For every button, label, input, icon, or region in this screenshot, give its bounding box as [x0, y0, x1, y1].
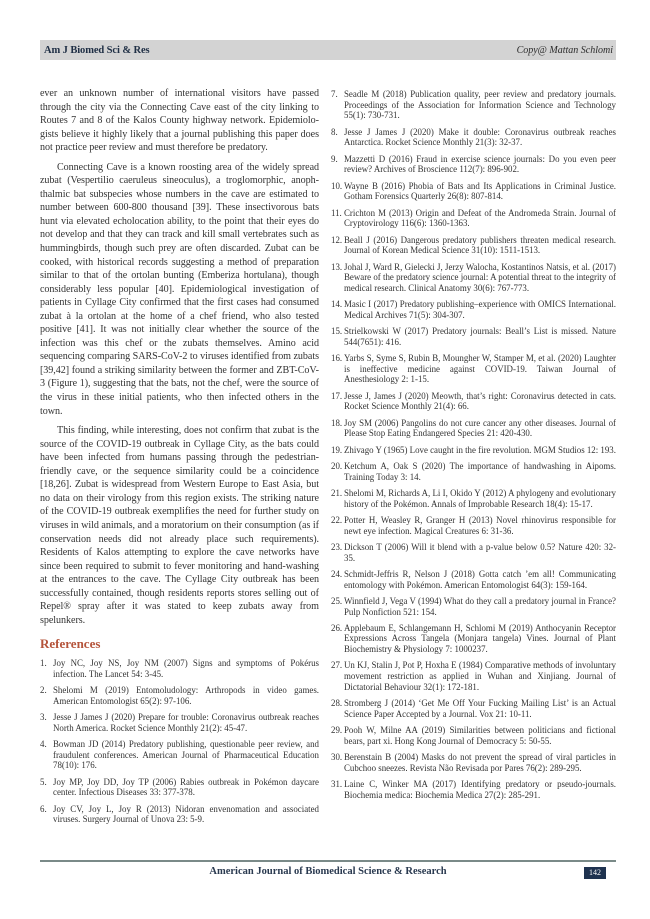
reference-number: 9.	[331, 154, 344, 175]
reference-number: 26.	[331, 623, 344, 655]
reference-item: 31.Laine C, Winker MA (2017) Identifying…	[331, 779, 616, 800]
reference-text: Crichton M (2013) Origin and Defeat of t…	[344, 208, 616, 229]
reference-item: 24.Schmidt-Jeffris R, Nelson J (2018) Go…	[331, 569, 616, 590]
reference-number: 28.	[331, 698, 344, 719]
reference-item: 10.Wayne B (2016) Phobia of Bats and Its…	[331, 181, 616, 202]
copyright-notice: Copy@ Mattan Schlomi	[517, 45, 613, 56]
body-paragraph: Connecting Cave is a known roosting area…	[40, 161, 319, 418]
reference-number: 2.	[40, 685, 53, 706]
reference-item: 13.Johal J, Ward R, Gielecki J, Jerzy Wa…	[331, 262, 616, 294]
reference-text: Jesse J James J (2020) Make it double: C…	[344, 127, 616, 148]
reference-text: Joy NC, Joy NS, Joy NM (2007) Signs and …	[53, 658, 319, 679]
reference-text: Zhivago Y (1965) Love caught in the fire…	[344, 445, 616, 456]
reference-text: Laine C, Winker MA (2017) Identifying pr…	[344, 779, 616, 800]
reference-item: 19.Zhivago Y (1965) Love caught in the f…	[331, 445, 616, 456]
reference-text: Applebaum E, Schlangemann H, Schlomi M (…	[344, 623, 616, 655]
reference-text: Ketchum A, Oak S (2020) The importance o…	[344, 461, 616, 482]
reference-number: 8.	[331, 127, 344, 148]
reference-number: 15.	[331, 326, 344, 347]
reference-text: Joy CV, Joy L, Joy R (2013) Nidoran enve…	[53, 804, 319, 825]
reference-number: 10.	[331, 181, 344, 202]
reference-number: 21.	[331, 488, 344, 509]
reference-number: 16.	[331, 353, 344, 385]
reference-item: 14.Masic I (2017) Predatory publishing–e…	[331, 299, 616, 320]
reference-text: Yarbs S, Syme S, Rubin B, Moungher W, St…	[344, 353, 616, 385]
reference-item: 15.Strielkowski W (2017) Predatory journ…	[331, 326, 616, 347]
reference-number: 7.	[331, 89, 344, 121]
right-column: 7.Seadle M (2018) Publication quality, p…	[331, 89, 616, 806]
reference-item: 12.Beall J (2016) Dangerous predatory pu…	[331, 235, 616, 256]
reference-text: Joy SM (2006) Pangolins do not cure canc…	[344, 418, 616, 439]
reference-number: 3.	[40, 712, 53, 733]
reference-text: Pooh W, Milne AA (2019) Similarities bet…	[344, 725, 616, 746]
reference-number: 17.	[331, 391, 344, 412]
reference-number: 18.	[331, 418, 344, 439]
reference-text: Winnfield J, Vega V (1994) What do they …	[344, 596, 616, 617]
reference-item: 11.Crichton M (2013) Origin and Defeat o…	[331, 208, 616, 229]
body-paragraph: This finding, while interesting, does no…	[40, 424, 319, 627]
reference-item: 1.Joy NC, Joy NS, Joy NM (2007) Signs an…	[40, 658, 319, 679]
reference-item: 2.Shelomi M (2019) Entomoludology: Arthr…	[40, 685, 319, 706]
reference-item: 28.Stromberg J (2014) ‘Get Me Off Your F…	[331, 698, 616, 719]
reference-text: Un KJ, Stalin J, Pot P, Hoxha E (1984) C…	[344, 660, 616, 692]
reference-item: 17.Jesse J, James J (2020) Meowth, that’…	[331, 391, 616, 412]
reference-text: Jesse J James J (2020) Prepare for troub…	[53, 712, 319, 733]
left-column: ever an unknown number of international …	[40, 87, 319, 831]
reference-number: 31.	[331, 779, 344, 800]
reference-item: 9.Mazzetti D (2016) Fraud in exercise sc…	[331, 154, 616, 175]
reference-item: 21.Shelomi M, Richards A, Li I, Okido Y …	[331, 488, 616, 509]
reference-item: 3.Jesse J James J (2020) Prepare for tro…	[40, 712, 319, 733]
reference-number: 1.	[40, 658, 53, 679]
reference-number: 13.	[331, 262, 344, 294]
reference-text: Strielkowski W (2017) Predatory journals…	[344, 326, 616, 347]
reference-item: 20.Ketchum A, Oak S (2020) The importanc…	[331, 461, 616, 482]
reference-number: 11.	[331, 208, 344, 229]
reference-item: 27.Un KJ, Stalin J, Pot P, Hoxha E (1984…	[331, 660, 616, 692]
reference-number: 20.	[331, 461, 344, 482]
reference-text: Seadle M (2018) Publication quality, pee…	[344, 89, 616, 121]
reference-text: Mazzetti D (2016) Fraud in exercise scie…	[344, 154, 616, 175]
reference-text: Beall J (2016) Dangerous predatory publi…	[344, 235, 616, 256]
running-header: Am J Biomed Sci & Res Copy@ Mattan Schlo…	[40, 40, 616, 60]
reference-item: 23.Dickson T (2006) Will it blend with a…	[331, 542, 616, 563]
reference-number: 27.	[331, 660, 344, 692]
reference-text: Shelomi M, Richards A, Li I, Okido Y (20…	[344, 488, 616, 509]
reference-list-right: 7.Seadle M (2018) Publication quality, p…	[331, 89, 616, 800]
body-paragraph: ever an unknown number of international …	[40, 87, 319, 155]
reference-number: 5.	[40, 777, 53, 798]
reference-item: 25.Winnfield J, Vega V (1994) What do th…	[331, 596, 616, 617]
reference-item: 30.Berenstain B (2004) Masks do not prev…	[331, 752, 616, 773]
reference-text: Jesse J, James J (2020) Meowth, that’s r…	[344, 391, 616, 412]
reference-item: 26.Applebaum E, Schlangemann H, Schlomi …	[331, 623, 616, 655]
reference-text: Wayne B (2016) Phobia of Bats and Its Ap…	[344, 181, 616, 202]
reference-number: 12.	[331, 235, 344, 256]
reference-text: Dickson T (2006) Will it blend with a p-…	[344, 542, 616, 563]
reference-text: Joy MP, Joy DD, Joy TP (2006) Rabies out…	[53, 777, 319, 798]
reference-number: 22.	[331, 515, 344, 536]
journal-short-title: Am J Biomed Sci & Res	[44, 45, 150, 56]
reference-number: 14.	[331, 299, 344, 320]
reference-list-left: 1.Joy NC, Joy NS, Joy NM (2007) Signs an…	[40, 658, 319, 825]
reference-text: Johal J, Ward R, Gielecki J, Jerzy Waloc…	[344, 262, 616, 294]
reference-item: 18.Joy SM (2006) Pangolins do not cure c…	[331, 418, 616, 439]
reference-item: 7.Seadle M (2018) Publication quality, p…	[331, 89, 616, 121]
reference-text: Berenstain B (2004) Masks do not prevent…	[344, 752, 616, 773]
reference-text: Bowman JD (2014) Predatory publishing, q…	[53, 739, 319, 771]
reference-number: 25.	[331, 596, 344, 617]
reference-item: 4.Bowman JD (2014) Predatory publishing,…	[40, 739, 319, 771]
reference-text: Schmidt-Jeffris R, Nelson J (2018) Gotta…	[344, 569, 616, 590]
reference-number: 4.	[40, 739, 53, 771]
reference-item: 5.Joy MP, Joy DD, Joy TP (2006) Rabies o…	[40, 777, 319, 798]
reference-number: 24.	[331, 569, 344, 590]
reference-number: 6.	[40, 804, 53, 825]
reference-text: Potter H, Weasley R, Granger H (2013) No…	[344, 515, 616, 536]
reference-item: 29.Pooh W, Milne AA (2019) Similarities …	[331, 725, 616, 746]
reference-number: 23.	[331, 542, 344, 563]
reference-item: 22.Potter H, Weasley R, Granger H (2013)…	[331, 515, 616, 536]
reference-number: 30.	[331, 752, 344, 773]
references-heading: References	[40, 636, 319, 652]
footer-divider	[40, 860, 616, 862]
reference-item: 8.Jesse J James J (2020) Make it double:…	[331, 127, 616, 148]
footer-journal-title: American Journal of Biomedical Science &…	[40, 866, 616, 877]
reference-number: 29.	[331, 725, 344, 746]
reference-item: 16.Yarbs S, Syme S, Rubin B, Moungher W,…	[331, 353, 616, 385]
reference-text: Stromberg J (2014) ‘Get Me Off Your Fuck…	[344, 698, 616, 719]
reference-number: 19.	[331, 445, 344, 456]
reference-text: Masic I (2017) Predatory publishing–expe…	[344, 299, 616, 320]
reference-item: 6.Joy CV, Joy L, Joy R (2013) Nidoran en…	[40, 804, 319, 825]
page-number: 142	[584, 867, 606, 879]
reference-text: Shelomi M (2019) Entomoludology: Arthrop…	[53, 685, 319, 706]
